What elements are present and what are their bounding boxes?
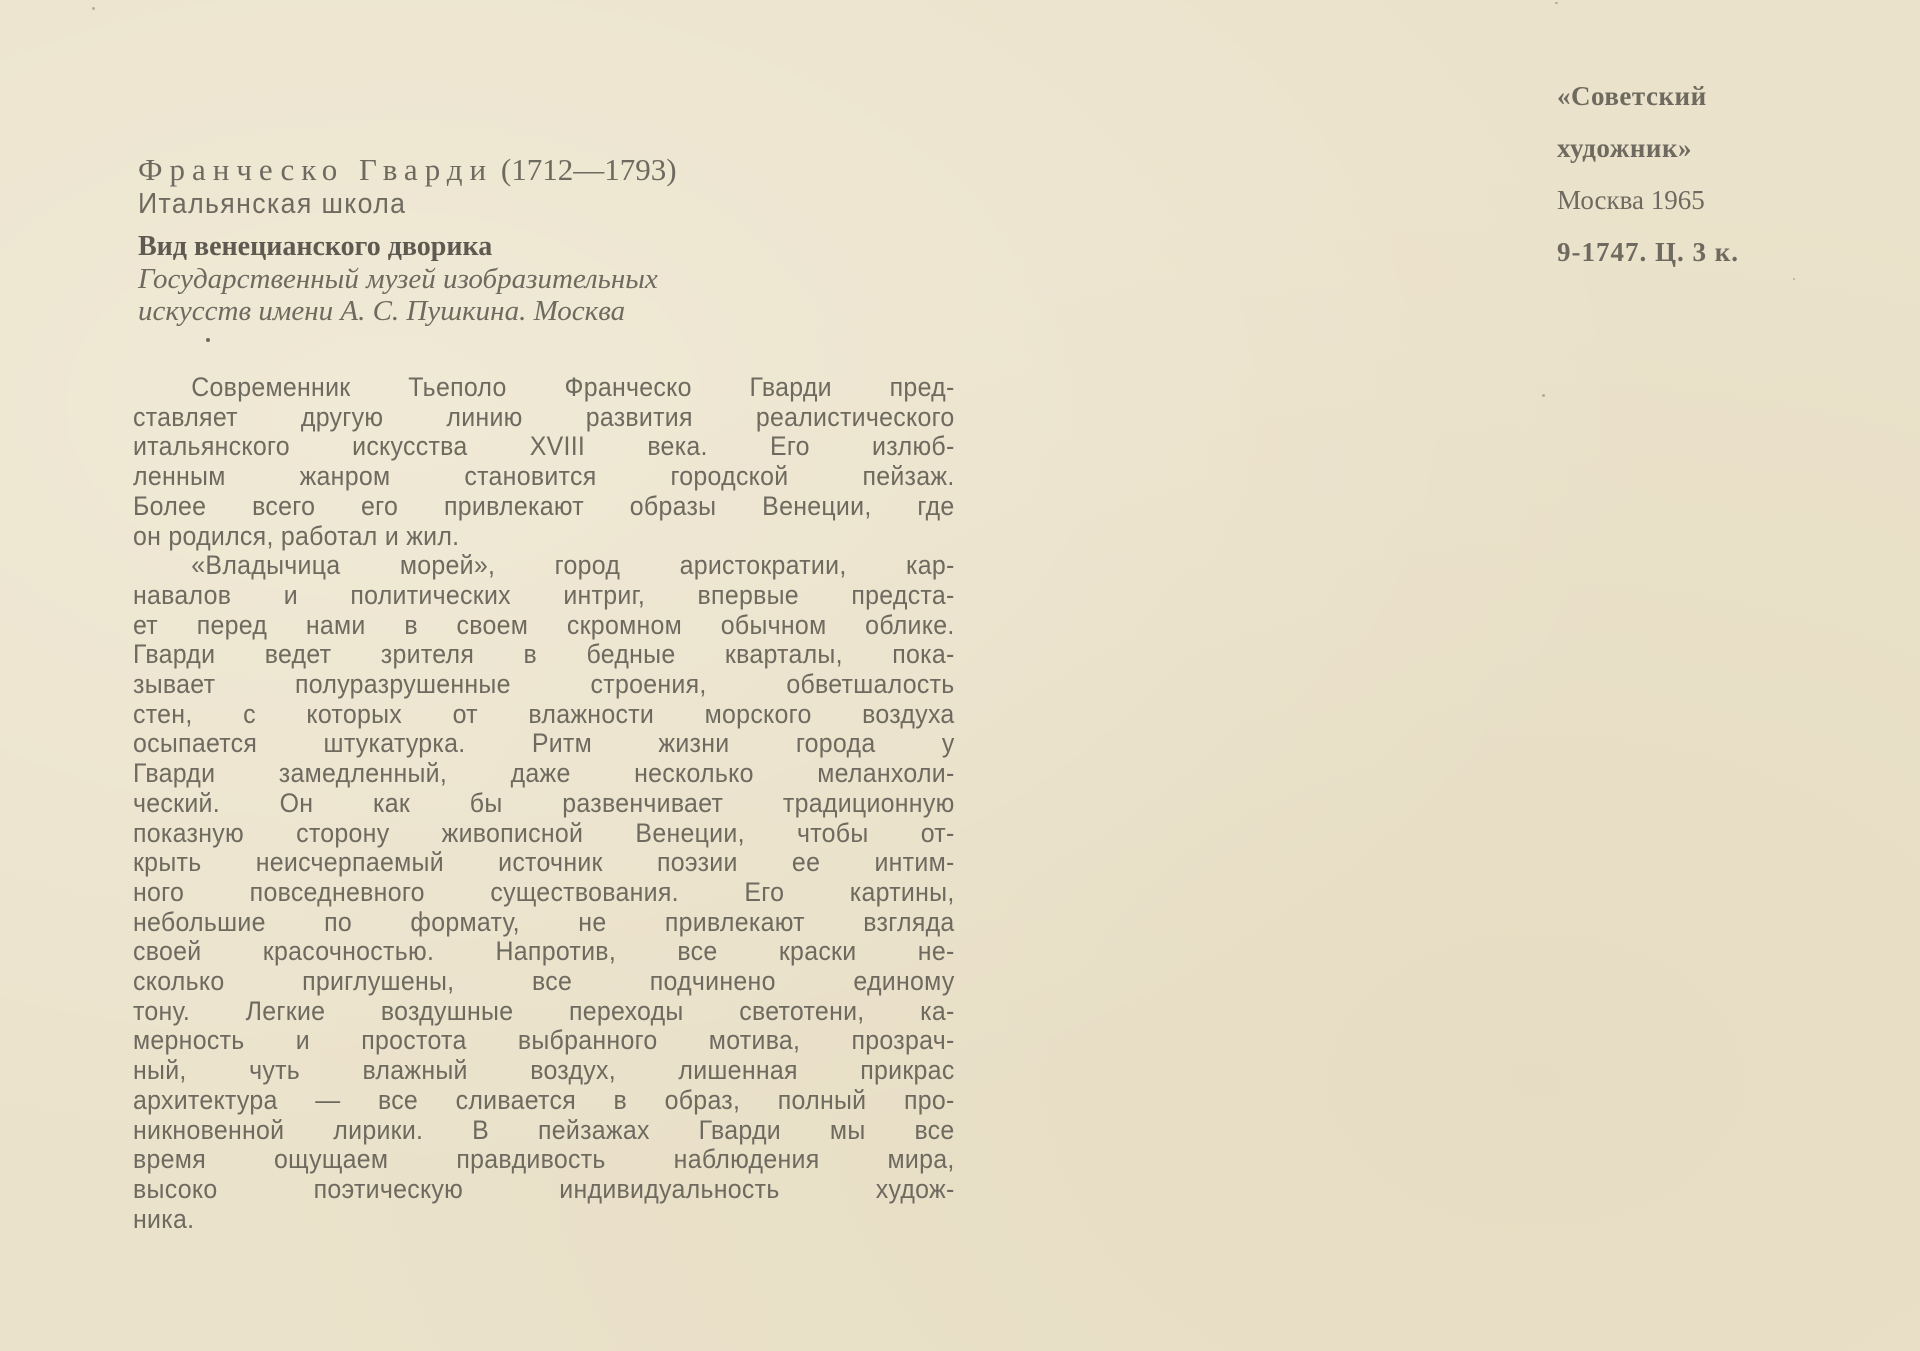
- text-line: никновенной лирики. В пейзажах Гварди мы…: [133, 1116, 955, 1146]
- museum-line-1: Государственный музей изобразительных: [138, 263, 898, 295]
- text-line: архитектура — все сливается в образ, пол…: [133, 1086, 955, 1116]
- paragraph-2: «Владычица морей», город аристократии, к…: [133, 551, 955, 1234]
- text-line: ческий. Он как бы развенчивает традицион…: [133, 789, 955, 819]
- artist-name: Франческо Гварди: [138, 152, 493, 187]
- text-line: тону. Легкие воздушные переходы светотен…: [133, 997, 955, 1027]
- text-line: ет перед нами в своем скромном обычном о…: [133, 611, 955, 641]
- text-line: время ощущаем правдивость наблюдения мир…: [133, 1145, 955, 1175]
- text-line: ставляет другую линию развития реалистич…: [133, 403, 955, 433]
- paragraph-1: Современник Тьеполо Франческо Гварди пре…: [133, 373, 955, 551]
- text-line: сколько приглушены, все подчинено едином…: [133, 967, 955, 997]
- print-dot: [206, 338, 210, 342]
- text-line: Гварди ведет зрителя в бедные кварталы, …: [133, 640, 955, 670]
- paper-speck: [1793, 278, 1795, 280]
- artist-years: (1712—1793): [501, 152, 677, 187]
- text-line: итальянского искусства XVIII века. Его и…: [133, 432, 955, 462]
- museum-line-2: искусств имени А. С. Пушкина. Москва: [138, 295, 898, 327]
- text-line: он родился, работал и жил.: [133, 522, 955, 552]
- publisher-city-year: Москва 1965: [1557, 182, 1739, 234]
- text-line: ный, чуть влажный воздух, лишенная прикр…: [133, 1056, 955, 1086]
- paper-speck: [1542, 394, 1545, 397]
- artist-line: Франческо Гварди (1712—1793): [138, 152, 898, 188]
- publisher-name-line-1: «Советский: [1557, 78, 1739, 130]
- text-line: ленным жанром становится городской пейза…: [133, 462, 955, 492]
- paper-speck: [1555, 2, 1558, 4]
- text-line: небольшие по формату, не привлекают взгл…: [133, 908, 955, 938]
- text-line: крыть неисчерпаемый источник поэзии ее и…: [133, 848, 955, 878]
- description-text: Современник Тьеполо Франческо Гварди пре…: [133, 373, 955, 1234]
- artwork-title: Вид венецианского дворика: [138, 231, 898, 263]
- publisher-name-line-2: художник»: [1557, 130, 1739, 182]
- text-line: навалов и политических интриг, впервые п…: [133, 581, 955, 611]
- text-line: осыпается штукатурка. Ритм жизни города …: [133, 729, 955, 759]
- text-line: высоко поэтическую индивидуальность худо…: [133, 1175, 955, 1205]
- publisher-block: «Советский художник» Москва 1965 9-1747.…: [1557, 78, 1739, 286]
- text-line: мерность и простота выбранного мотива, п…: [133, 1026, 955, 1056]
- text-line: ника.: [133, 1205, 955, 1235]
- text-line: зывает полуразрушенные строения, обветша…: [133, 670, 955, 700]
- artwork-caption: Франческо Гварди (1712—1793) Итальянская…: [138, 152, 898, 327]
- text-line: стен, с которых от влажности морского во…: [133, 700, 955, 730]
- art-school: Итальянская школа: [138, 188, 837, 221]
- text-line: Гварди замедленный, даже несколько мелан…: [133, 759, 955, 789]
- text-line: Более всего его привлекают образы Венеци…: [133, 492, 955, 522]
- text-line: ного повседневного существования. Его ка…: [133, 878, 955, 908]
- print-code-price: 9-1747. Ц. 3 к.: [1557, 234, 1739, 286]
- text-line: «Владычица морей», город аристократии, к…: [133, 551, 955, 581]
- text-line: Современник Тьеполо Франческо Гварди пре…: [133, 373, 955, 403]
- text-line: своей красочностью. Напротив, все краски…: [133, 937, 955, 967]
- paper-speck: [92, 7, 95, 10]
- text-line: показную сторону живописной Венеции, что…: [133, 819, 955, 849]
